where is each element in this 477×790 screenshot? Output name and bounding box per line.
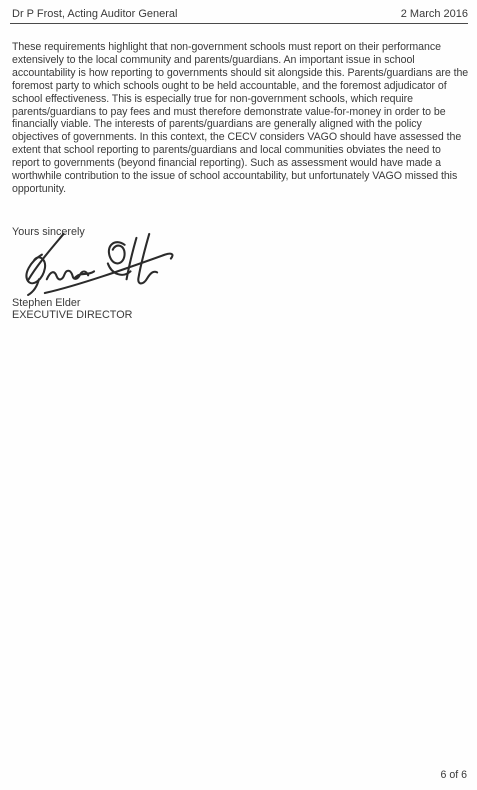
signatory-name: Stephen Elder <box>12 297 477 310</box>
handwritten-signature-image <box>20 231 178 296</box>
header-date: 2 March 2016 <box>401 8 468 20</box>
signatory-block: Stephen Elder EXECUTIVE DIRECTOR <box>12 297 477 322</box>
signature-strokes <box>26 234 172 295</box>
letter-page: Dr P Frost, Acting Auditor General 2 Mar… <box>0 0 477 790</box>
letter-header: Dr P Frost, Acting Auditor General 2 Mar… <box>0 0 477 20</box>
page-number: 6 of 6 <box>440 769 467 781</box>
signatory-title: EXECUTIVE DIRECTOR <box>12 309 477 322</box>
header-rule-divider <box>10 23 468 24</box>
signature-stroke <box>47 271 94 280</box>
valediction-text: Yours sincerely <box>12 226 477 238</box>
signature-stroke <box>28 234 63 280</box>
body-paragraph: These requirements highlight that non-go… <box>12 41 469 196</box>
header-addressee: Dr P Frost, Acting Auditor General <box>12 8 177 20</box>
